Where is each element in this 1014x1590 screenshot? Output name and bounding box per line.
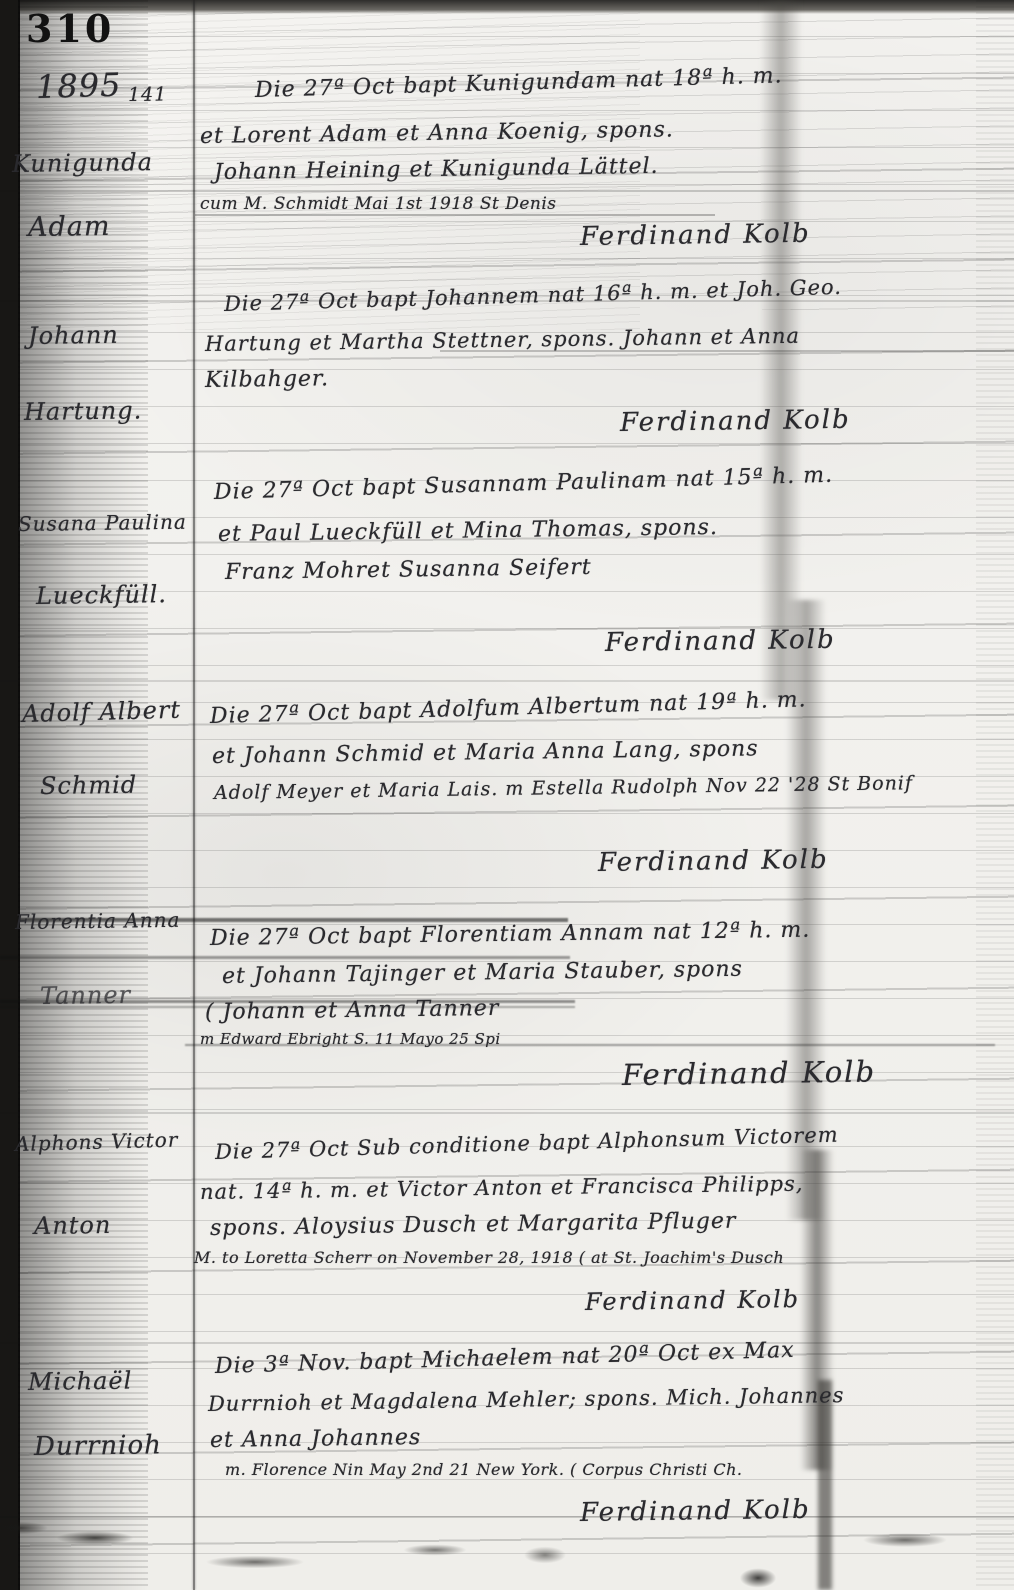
margin-name: Alphons Victor [15, 1127, 179, 1156]
entry-number: 141 [128, 83, 168, 106]
margin-name: Adolf Albert [22, 696, 182, 728]
margin-name: Tanner [40, 981, 131, 1010]
margin-name: Johann [28, 321, 119, 350]
margin-name: Florentia Anna [15, 908, 181, 934]
entry-line: Franz Mohret Susanna Seifert [225, 555, 592, 585]
margin-name: Hartung. [24, 396, 143, 426]
entry-line: et Anna Johannes [210, 1425, 422, 1453]
margin-name: Durrnioh [34, 1430, 162, 1462]
entry-line: Kilbahger. [205, 366, 329, 393]
entry-line: et Lorent Adam et Anna Koenig, spons. [200, 117, 674, 149]
fold-crease [760, 0, 802, 700]
entry-line: Die 27ª Oct bapt Florentiam Annam nat 12… [210, 918, 811, 951]
signature: Ferdinand Kolb [622, 1054, 876, 1092]
entry-line: Adolf Meyer et Maria Lais. m Estella Rud… [214, 772, 913, 804]
signature: Ferdinand Kolb [598, 845, 829, 878]
scan-edge-top [0, 0, 1014, 14]
entry-line: et Johann Schmid et Maria Anna Lang, spo… [212, 736, 759, 769]
scanned-baptismal-register-page: 310 1895 141 Kunigunda Adam Die 27ª Oct … [0, 0, 1014, 1590]
entry-line: et Johann Tajinger et Maria Stauber, spo… [222, 957, 743, 989]
ruled-line [0, 680, 1014, 682]
signature: Ferdinand Kolb [585, 1285, 800, 1316]
entry-line: ( Johann et Anna Tanner [205, 996, 500, 1025]
scan-speckles-bottom [0, 1500, 1014, 1590]
page-number: 310 [26, 6, 114, 51]
entry-line: Durrnioh et Magdalena Mehler; spons. Mic… [208, 1383, 845, 1416]
margin-name: Lueckfüll. [36, 580, 167, 610]
fold-crease [818, 1380, 832, 1590]
entry-line: Hartung et Martha Stettner, spons. Johan… [205, 324, 800, 356]
entry-note: m Edward Ebright S. 11 Mayo 25 Spi [200, 1030, 501, 1048]
signature: Ferdinand Kolb [580, 219, 811, 252]
ruled-line [0, 1516, 1014, 1518]
margin-name: Schmid [40, 771, 138, 800]
entry-line: nat. 14ª h. m. et Victor Anton et Franci… [200, 1172, 804, 1204]
entry-line: Die 27ª Oct bapt Adolfum Albertum nat 19… [210, 687, 807, 729]
entry-note: m. Florence Nin May 2nd 21 New York. ( C… [225, 1460, 743, 1479]
margin-name: Adam [28, 211, 111, 243]
scan-texture-right [976, 0, 1014, 1590]
entry-note: M. to Loretta Scherr on November 28, 191… [194, 1248, 784, 1267]
fold-crease [800, 1150, 834, 1470]
ruled-line [0, 1342, 1014, 1344]
entry-line: Johann Heining et Kunigunda Lättel. [214, 154, 659, 185]
ruled-line [0, 190, 1014, 192]
ink-smudge [0, 956, 570, 959]
entry-line: spons. Aloysius Dusch et Margarita Pflug… [210, 1209, 737, 1241]
entry-line: Die 27ª Oct Sub conditione bapt Alphonsu… [215, 1123, 839, 1164]
year-label: 1895 [35, 66, 121, 106]
margin-name: Michaël [28, 1367, 133, 1396]
scan-edge-left [0, 0, 20, 1590]
entry-note: cum M. Schmidt Mai 1st 1918 St Denis [200, 194, 557, 214]
entry-line: Die 3ª Nov. bapt Michaelem nat 20ª Oct e… [215, 1338, 795, 1379]
margin-name: Susana Paulina [18, 510, 187, 536]
ruled-line [0, 1112, 1014, 1114]
entry-line: Die 27ª Oct bapt Kunigundam nat 18ª h. m… [255, 63, 783, 103]
entry-line: Die 27ª Oct bapt Johannem nat 16ª h. m. … [224, 275, 843, 316]
entry-line: et Paul Lueckfüll et Mina Thomas, spons. [218, 515, 718, 547]
margin-column-rule [193, 0, 195, 1590]
margin-name: Anton [34, 1211, 112, 1240]
margin-name: Kunigunda [12, 148, 153, 178]
signature: Ferdinand Kolb [580, 1495, 811, 1528]
signature: Ferdinand Kolb [620, 405, 851, 438]
entry-line: Die 27ª Oct bapt Susannam Paulinam nat 1… [214, 463, 834, 505]
signature: Ferdinand Kolb [605, 625, 836, 658]
ruled-line [195, 214, 715, 216]
